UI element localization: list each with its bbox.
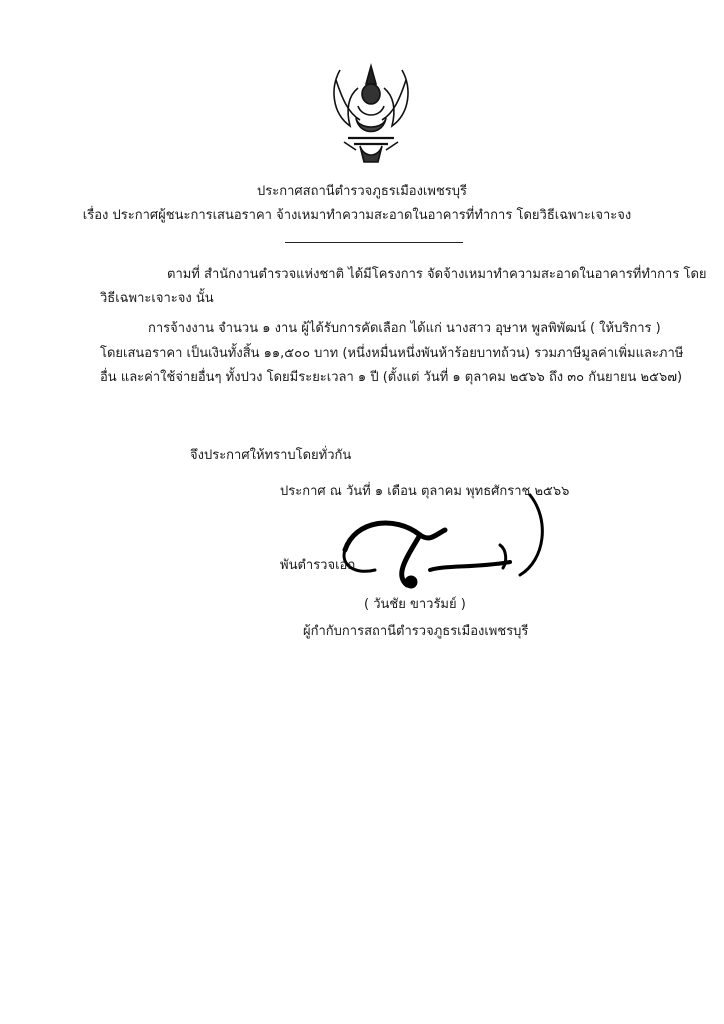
header-divider bbox=[285, 242, 463, 243]
signer-position: ผู้กำกับการสถานีตำรวจภูธรเมืองเพชรบุรี bbox=[303, 623, 528, 641]
handwritten-signature bbox=[335, 490, 555, 600]
garuda-emblem-icon bbox=[328, 58, 414, 168]
body-paragraph-2-line-3: อื่น และค่าใช้จ่ายอื่นๆ ทั้งปวง โดยมีระย… bbox=[100, 369, 682, 387]
signer-name: ( วันชัย ขาวรัมย์ ) bbox=[364, 596, 466, 614]
closing-announcement: จึงประกาศให้ทราบโดยทั่วกัน bbox=[190, 447, 351, 465]
announcement-title: ประกาศสถานีตำรวจภูธรเมืองเพชรบุรี bbox=[0, 183, 724, 201]
body-paragraph-1-line-1: ตามที่ สำนักงานตำรวจแห่งชาติ ได้มีโครงกา… bbox=[167, 266, 656, 284]
body-paragraph-2-line-2: โดยเสนอราคา เป็นเงินทั้งสิ้น ๑๑,๕๐๐ บาท … bbox=[100, 345, 656, 363]
body-paragraph-2-line-1: การจ้างงาน จำนวน ๑ งาน ผู้ได้รับการคัดเล… bbox=[148, 320, 656, 338]
body-paragraph-1-line-2: วิธีเฉพาะเจาะจง นั้น bbox=[100, 290, 214, 308]
announcement-subject: เรื่อง ประกาศผู้ชนะการเสนอราคา จ้างเหมาท… bbox=[0, 207, 719, 225]
signer-rank: พันตำรวจเอก bbox=[280, 557, 355, 575]
document-page: ประกาศสถานีตำรวจภูธรเมืองเพชรบุรี เรื่อง… bbox=[0, 0, 724, 1024]
